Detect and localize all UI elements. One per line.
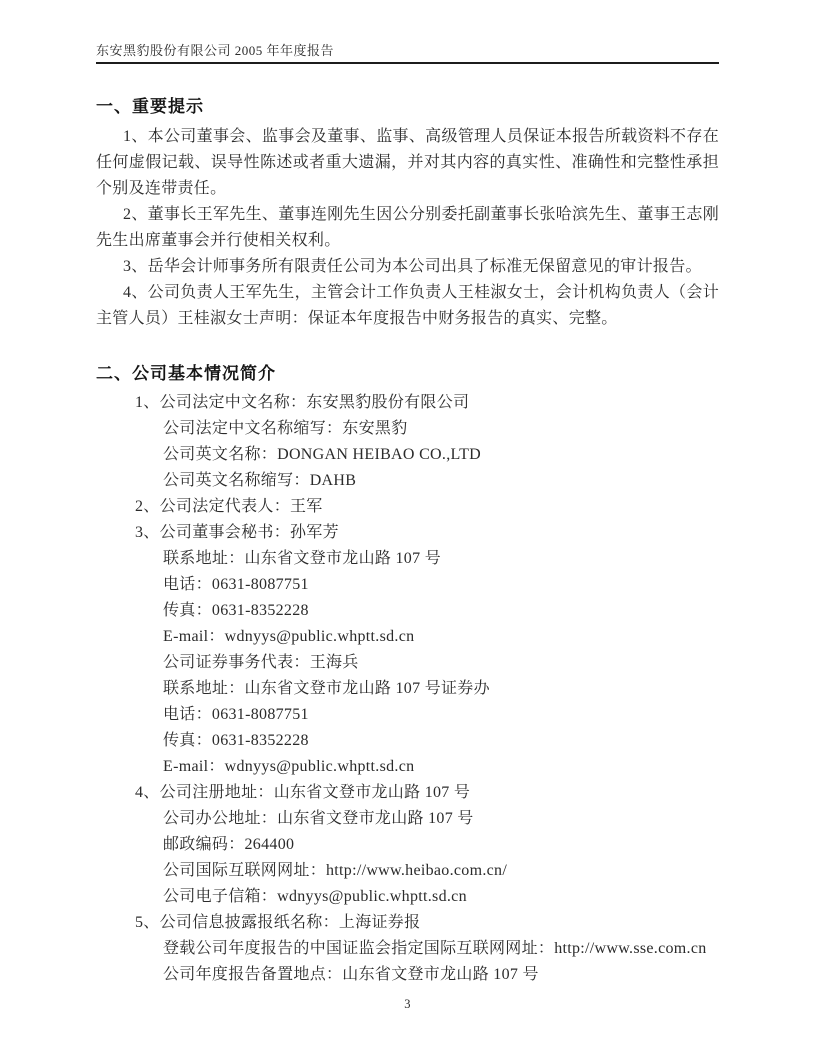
info-line-report-location: 公司年度报告备置地点：山东省文登市龙山路 107 号 <box>96 962 719 988</box>
info-line-email-2: E-mail：wdnyys@public.whptt.sd.cn <box>96 754 719 780</box>
info-line-legal-rep: 2、公司法定代表人：王军 <box>96 494 719 520</box>
info-line-en-name: 公司英文名称：DONGAN HEIBAO CO.,LTD <box>96 442 719 468</box>
info-line-fax-2: 传真：0631-8352228 <box>96 728 719 754</box>
info-line-registered-address: 4、公司注册地址：山东省文登市龙山路 107 号 <box>96 780 719 806</box>
info-line-en-name-abbr: 公司英文名称缩写：DAHB <box>96 468 719 494</box>
document-content: 一、重要提示 1、本公司董事会、监事会及董事、监事、高级管理人员保证本报告所载资… <box>96 96 719 1012</box>
notice-paragraph-4: 4、公司负责人王军先生，主管会计工作负责人王桂淑女士，会计机构负责人（会计主管人… <box>96 280 719 332</box>
info-line-csrc-website: 登载公司年度报告的中国证监会指定国际互联网网址：http://www.sse.c… <box>96 936 719 962</box>
header-rule <box>96 62 719 64</box>
info-line-phone-1: 电话：0631-8087751 <box>96 572 719 598</box>
info-line-cn-name: 1、公司法定中文名称：东安黑豹股份有限公司 <box>96 390 719 416</box>
info-line-phone-2: 电话：0631-8087751 <box>96 702 719 728</box>
info-line-email-1: E-mail：wdnyys@public.whptt.sd.cn <box>96 624 719 650</box>
report-title: 东安黑豹股份有限公司 2005 年年度报告 <box>96 43 719 59</box>
notice-paragraph-2: 2、董事长王军先生、董事连刚先生因公分别委托副董事长张哈滨先生、董事王志刚先生出… <box>96 202 719 254</box>
info-line-contact-address-2: 联系地址：山东省文登市龙山路 107 号证券办 <box>96 676 719 702</box>
info-line-website: 公司国际互联网网址：http://www.heibao.com.cn/ <box>96 858 719 884</box>
info-line-office-address: 公司办公地址：山东省文登市龙山路 107 号 <box>96 806 719 832</box>
section-heading-important-notice: 一、重要提示 <box>96 96 719 118</box>
info-line-company-email: 公司电子信箱：wdnyys@public.whptt.sd.cn <box>96 884 719 910</box>
document-page: 东安黑豹股份有限公司 2005 年年度报告 一、重要提示 1、本公司董事会、监事… <box>0 0 815 1055</box>
notice-paragraph-3: 3、岳华会计师事务所有限责任公司为本公司出具了标准无保留意见的审计报告。 <box>96 254 719 280</box>
info-line-fax-1: 传真：0631-8352228 <box>96 598 719 624</box>
info-line-disclosure-paper: 5、公司信息披露报纸名称：上海证券报 <box>96 910 719 936</box>
info-line-contact-address-1: 联系地址：山东省文登市龙山路 107 号 <box>96 546 719 572</box>
page-number: 3 <box>96 996 719 1012</box>
info-line-securities-rep: 公司证券事务代表：王海兵 <box>96 650 719 676</box>
info-line-board-secretary: 3、公司董事会秘书：孙军芳 <box>96 520 719 546</box>
notice-paragraph-1: 1、本公司董事会、监事会及董事、监事、高级管理人员保证本报告所载资料不存在任何虚… <box>96 124 719 202</box>
page-header: 东安黑豹股份有限公司 2005 年年度报告 <box>96 0 719 64</box>
section-heading-company-profile: 二、公司基本情况简介 <box>96 363 719 385</box>
info-line-cn-name-abbr: 公司法定中文名称缩写：东安黑豹 <box>96 416 719 442</box>
info-line-postal-code: 邮政编码：264400 <box>96 832 719 858</box>
